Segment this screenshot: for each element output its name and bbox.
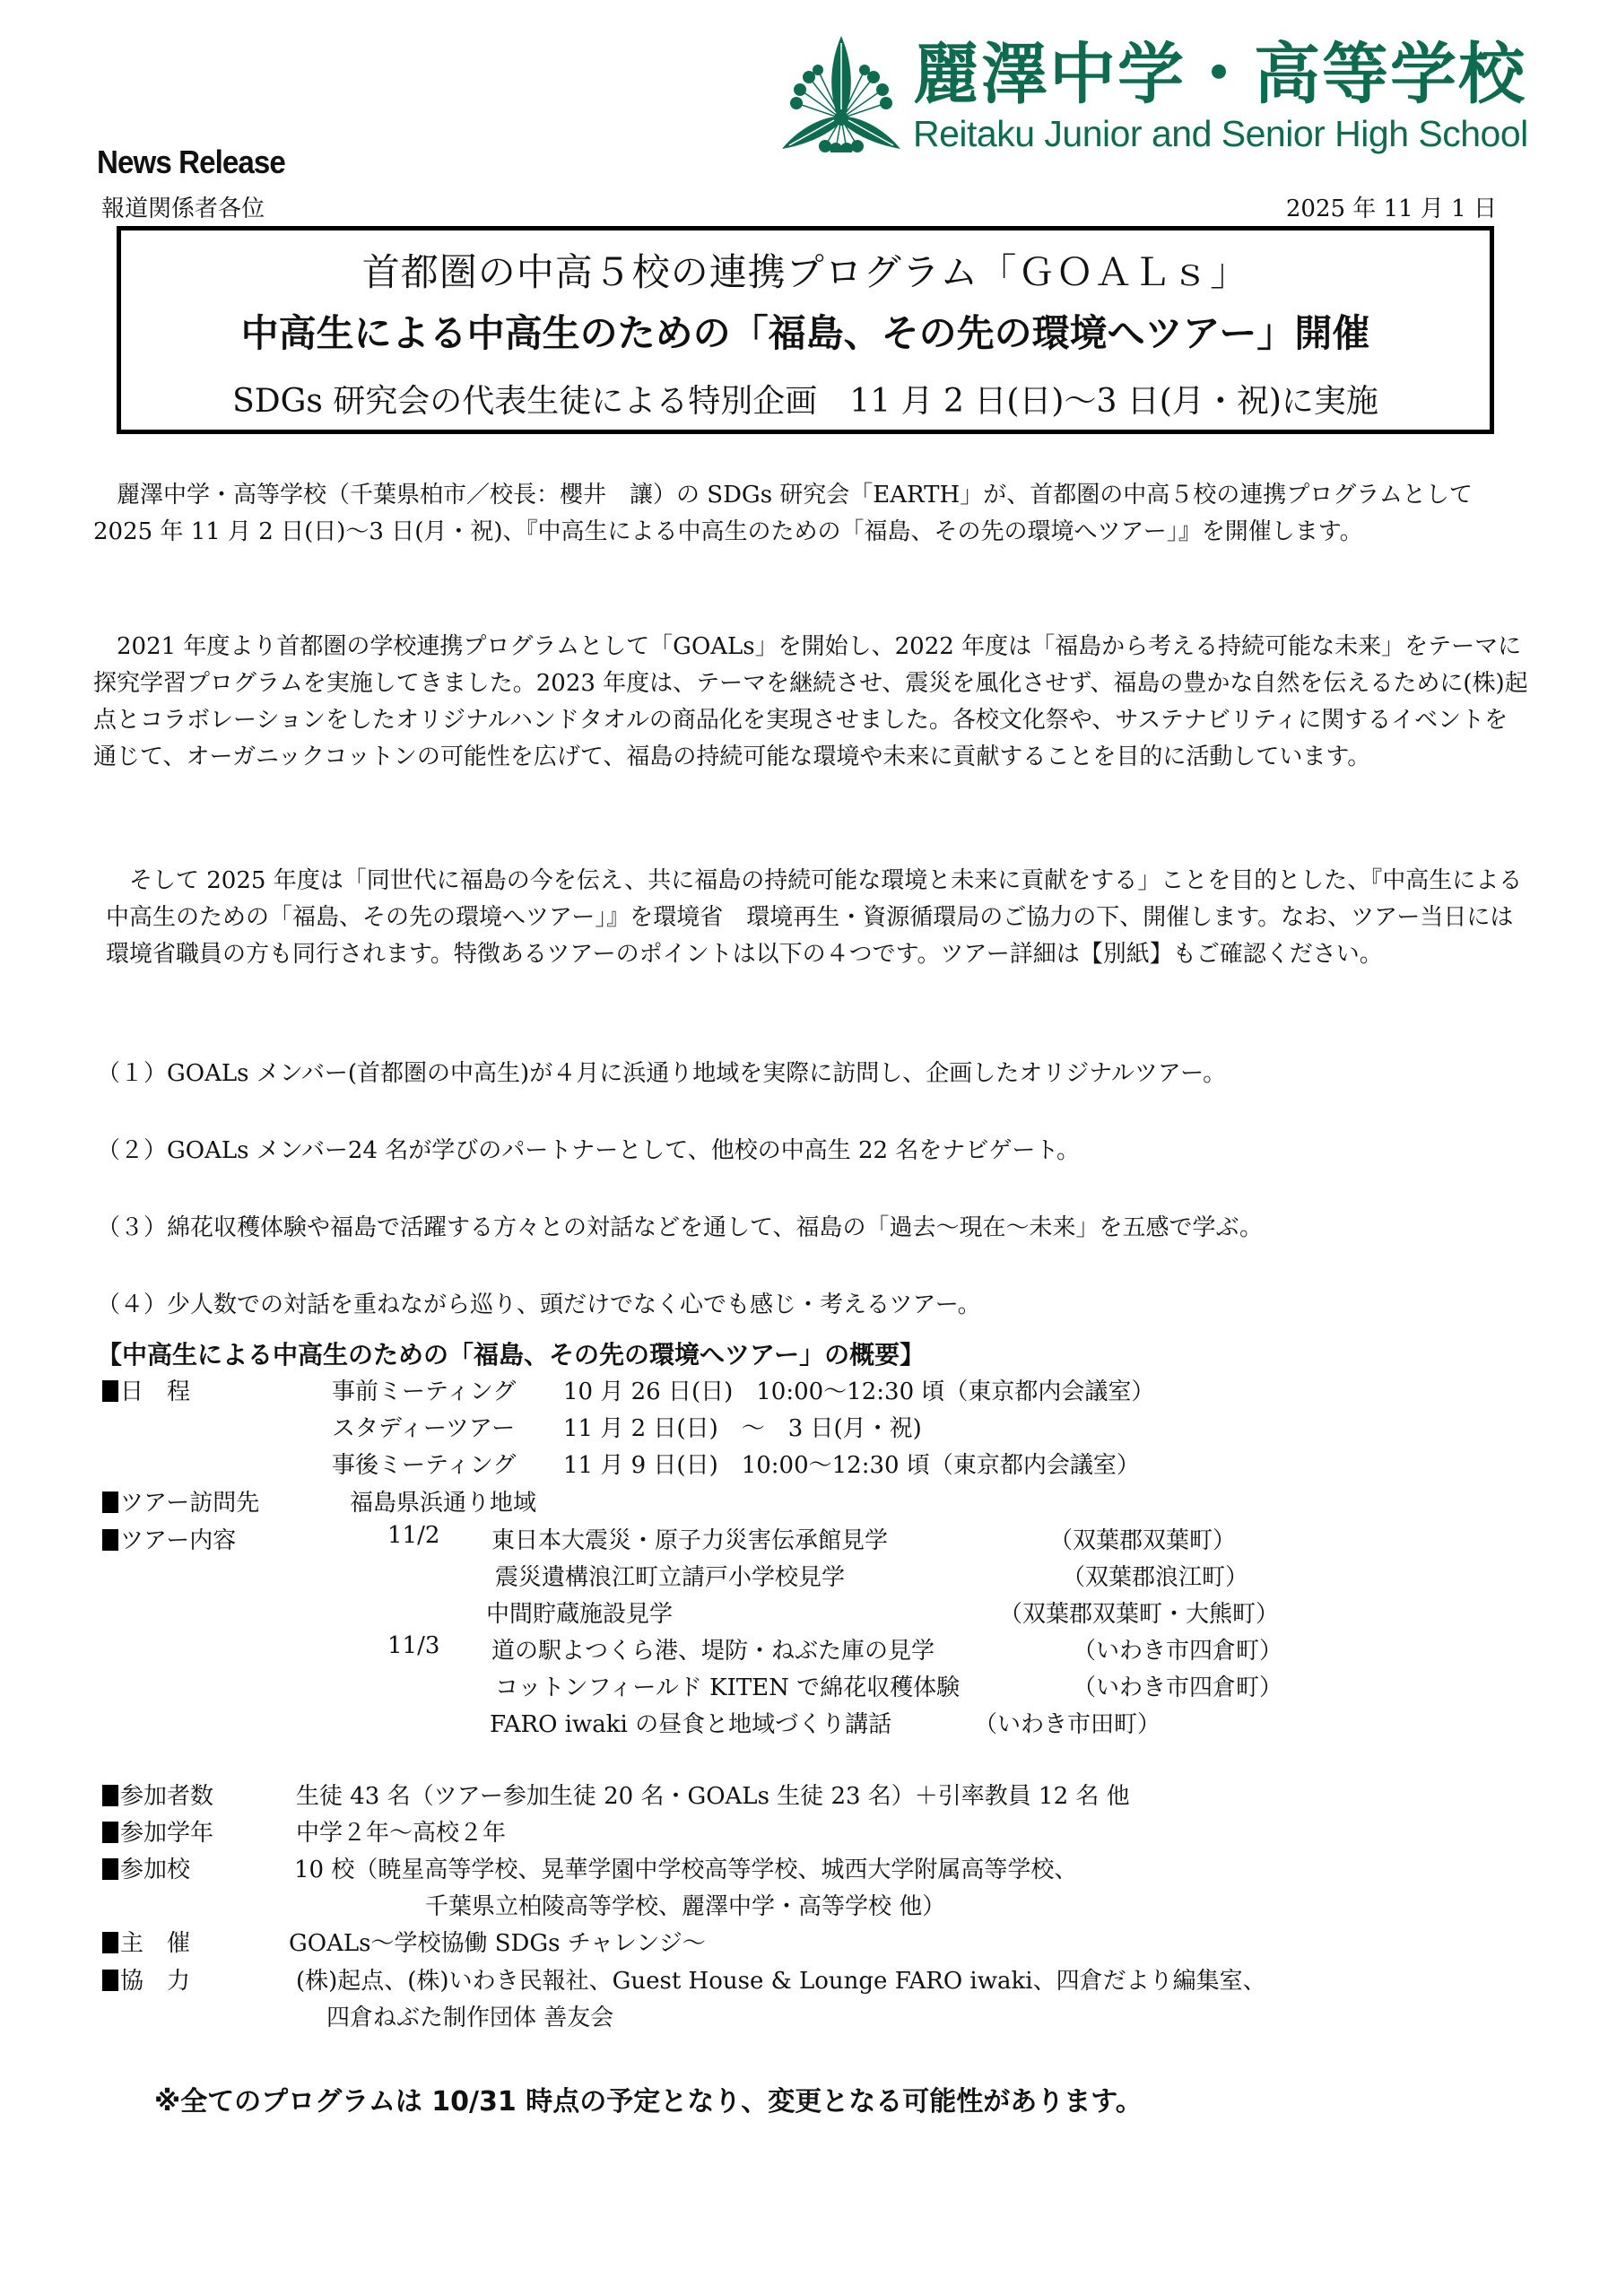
day-1-place-1: （双葉郡双葉町） (1049, 1522, 1236, 1555)
cooperation-line-2: 四倉ねぶた制作団体 善友会 (326, 1999, 613, 2032)
point-4: （４）少人数での対話を重ねながら巡り、頭だけでなく心でも感じ・考えるツアー。 (97, 1286, 981, 1319)
school-name-en: Reitaku Junior and Senior High School (913, 113, 1528, 154)
point-3: （３）綿花収穫体験や福島で活躍する方々との対話などを通して、福島の「過去～現在～… (97, 1209, 1263, 1242)
news-release-label: News Release (97, 143, 285, 181)
day-1-activity-1: 東日本大震災・原子力災害伝承館見学 (491, 1522, 888, 1555)
grades-label: 参加学年 (102, 1814, 213, 1848)
paragraph-3: そして 2025 年度は「同世代に福島の今を伝え、共に福島の持続可能な環境と未来… (106, 863, 1523, 973)
schedule-change-notice: ※全てのプログラムは 10/31 時点の予定となり、変更となる可能性があります。 (154, 2079, 1143, 2118)
day-1-activity-3: 中間貯蔵施設見学 (486, 1596, 673, 1629)
day-1-date: 11/2 (387, 1522, 439, 1549)
bullet-square-icon (102, 1380, 118, 1402)
paragraph-text: 麗澤中学・高等学校（千葉県柏市／校長：櫻井 讓）の SDGs 研究会「EARTH… (93, 477, 1528, 551)
organizer-label: 主 催 (102, 1925, 190, 1958)
addressee: 報道関係者各位 (101, 190, 265, 223)
paragraph-text: 2021 年度より首都圏の学校連携プログラムとして「GOALs」を開始し、202… (93, 629, 1528, 776)
schools-line-2: 千葉県立柏陵高等学校、麗澤中学・高等学校 他） (425, 1888, 945, 1921)
schedule-row-2-when: 11 月 2 日(日) ～ 3 日(月・祝) (563, 1410, 922, 1443)
day-2-place-1: （いわき市四倉町） (1073, 1632, 1282, 1665)
title-line-2: 中高生による中高生のための「福島、その先の環境へツアー」開催 (121, 304, 1490, 358)
title-box: 首都圏の中高５校の連携プログラム「ＧＯＡＬｓ」 中高生による中高生のための「福島… (117, 226, 1494, 434)
schedule-row-3-when: 11 月 9 日(日) 10:00～12:30 頃（東京都内会議室） (563, 1447, 1140, 1480)
bullet-square-icon (102, 1970, 118, 1991)
bullet-square-icon (102, 1858, 118, 1880)
paragraph-2: 2021 年度より首都圏の学校連携プログラムとして「GOALs」を開始し、202… (93, 629, 1528, 776)
participants-label: 参加者数 (102, 1778, 213, 1811)
day-1-place-2: （双葉郡浪江町） (1062, 1559, 1248, 1592)
day-2-activity-3: FARO iwaki の昼食と地域づくり講話 (490, 1706, 891, 1739)
bullet-square-icon (102, 1529, 118, 1551)
day-2-activity-2: コットンフィールド KITEN で綿花収穫体験 (495, 1669, 960, 1702)
destination-value: 福島県浜通り地域 (350, 1484, 536, 1518)
bullet-square-icon (102, 1785, 118, 1806)
day-1-place-3: （双葉郡双葉町・大熊町） (999, 1596, 1279, 1629)
title-line-3: SDGs 研究会の代表生徒による特別企画 11 月 2 日(日)～3 日(月・祝… (121, 376, 1490, 422)
participants-value: 生徒 43 名（ツアー参加生徒 20 名・GOALs 生徒 23 名）＋引率教員… (296, 1778, 1130, 1811)
schedule-row-2-name: スタディーツアー (332, 1410, 515, 1443)
cooperation-label: 協 力 (102, 1962, 190, 1996)
schedule-label: 日 程 (102, 1373, 190, 1406)
reitaku-crest-icon (778, 34, 904, 152)
school-name-ja: 麗澤中学・高等学校 (913, 34, 1526, 115)
schedule-row-1-when: 10 月 26 日(日) 10:00～12:30 頃（東京都内会議室） (563, 1373, 1154, 1406)
school-logo: 麗澤中学・高等学校 Reitaku Junior and Senior High… (778, 34, 1514, 152)
title-line-1: 首都圏の中高５校の連携プログラム「ＧＯＡＬｓ」 (121, 243, 1490, 297)
grades-value: 中学２年～高校２年 (296, 1814, 506, 1848)
summary-title: 【中高生による中高生のための「福島、その先の環境へツアー」の概要】 (97, 1335, 925, 1371)
organizer-value: GOALs～学校協働 SDGs チャレンジ～ (289, 1925, 706, 1958)
schools-label: 参加校 (102, 1851, 190, 1884)
day-2-activity-1: 道の駅よつくら港、堤防・ねぶた庫の見学 (491, 1632, 935, 1665)
content-label: ツアー内容 (102, 1522, 236, 1555)
day-2-place-3: （いわき市田町） (974, 1706, 1161, 1739)
day-2-place-2: （いわき市四倉町） (1073, 1669, 1282, 1702)
point-1: （１）GOALs メンバー(首都圏の中高生)が４月に浜通り地域を実際に訪問し、企… (97, 1055, 1226, 1088)
bullet-square-icon (102, 1932, 118, 1953)
schools-line-1: 10 校（暁星高等学校、晃華学園中学校高等学校、城西大学附属高等学校、 (294, 1851, 1077, 1884)
schedule-row-1-name: 事前ミーティング (332, 1373, 516, 1406)
bullet-square-icon (102, 1492, 118, 1513)
point-2: （２）GOALs メンバー24 名が学びのパートナーとして、他校の中高生 22 … (97, 1132, 1080, 1165)
day-1-activity-2: 震災遺構浪江町立請戸小学校見学 (495, 1559, 845, 1592)
cooperation-line-1: (株)起点、(株)いわき民報社、Guest House & Lounge FAR… (296, 1962, 1266, 1996)
release-date: 2025 年 11 月 1 日 (1286, 190, 1497, 223)
bullet-square-icon (102, 1822, 118, 1843)
schedule-row-3-name: 事後ミーティング (332, 1447, 516, 1480)
day-2-date: 11/3 (387, 1632, 439, 1659)
paragraph-text: そして 2025 年度は「同世代に福島の今を伝え、共に福島の持続可能な環境と未来… (106, 863, 1523, 973)
destination-label: ツアー訪問先 (102, 1484, 259, 1518)
paragraph-1: 麗澤中学・高等学校（千葉県柏市／校長：櫻井 讓）の SDGs 研究会「EARTH… (93, 477, 1528, 551)
